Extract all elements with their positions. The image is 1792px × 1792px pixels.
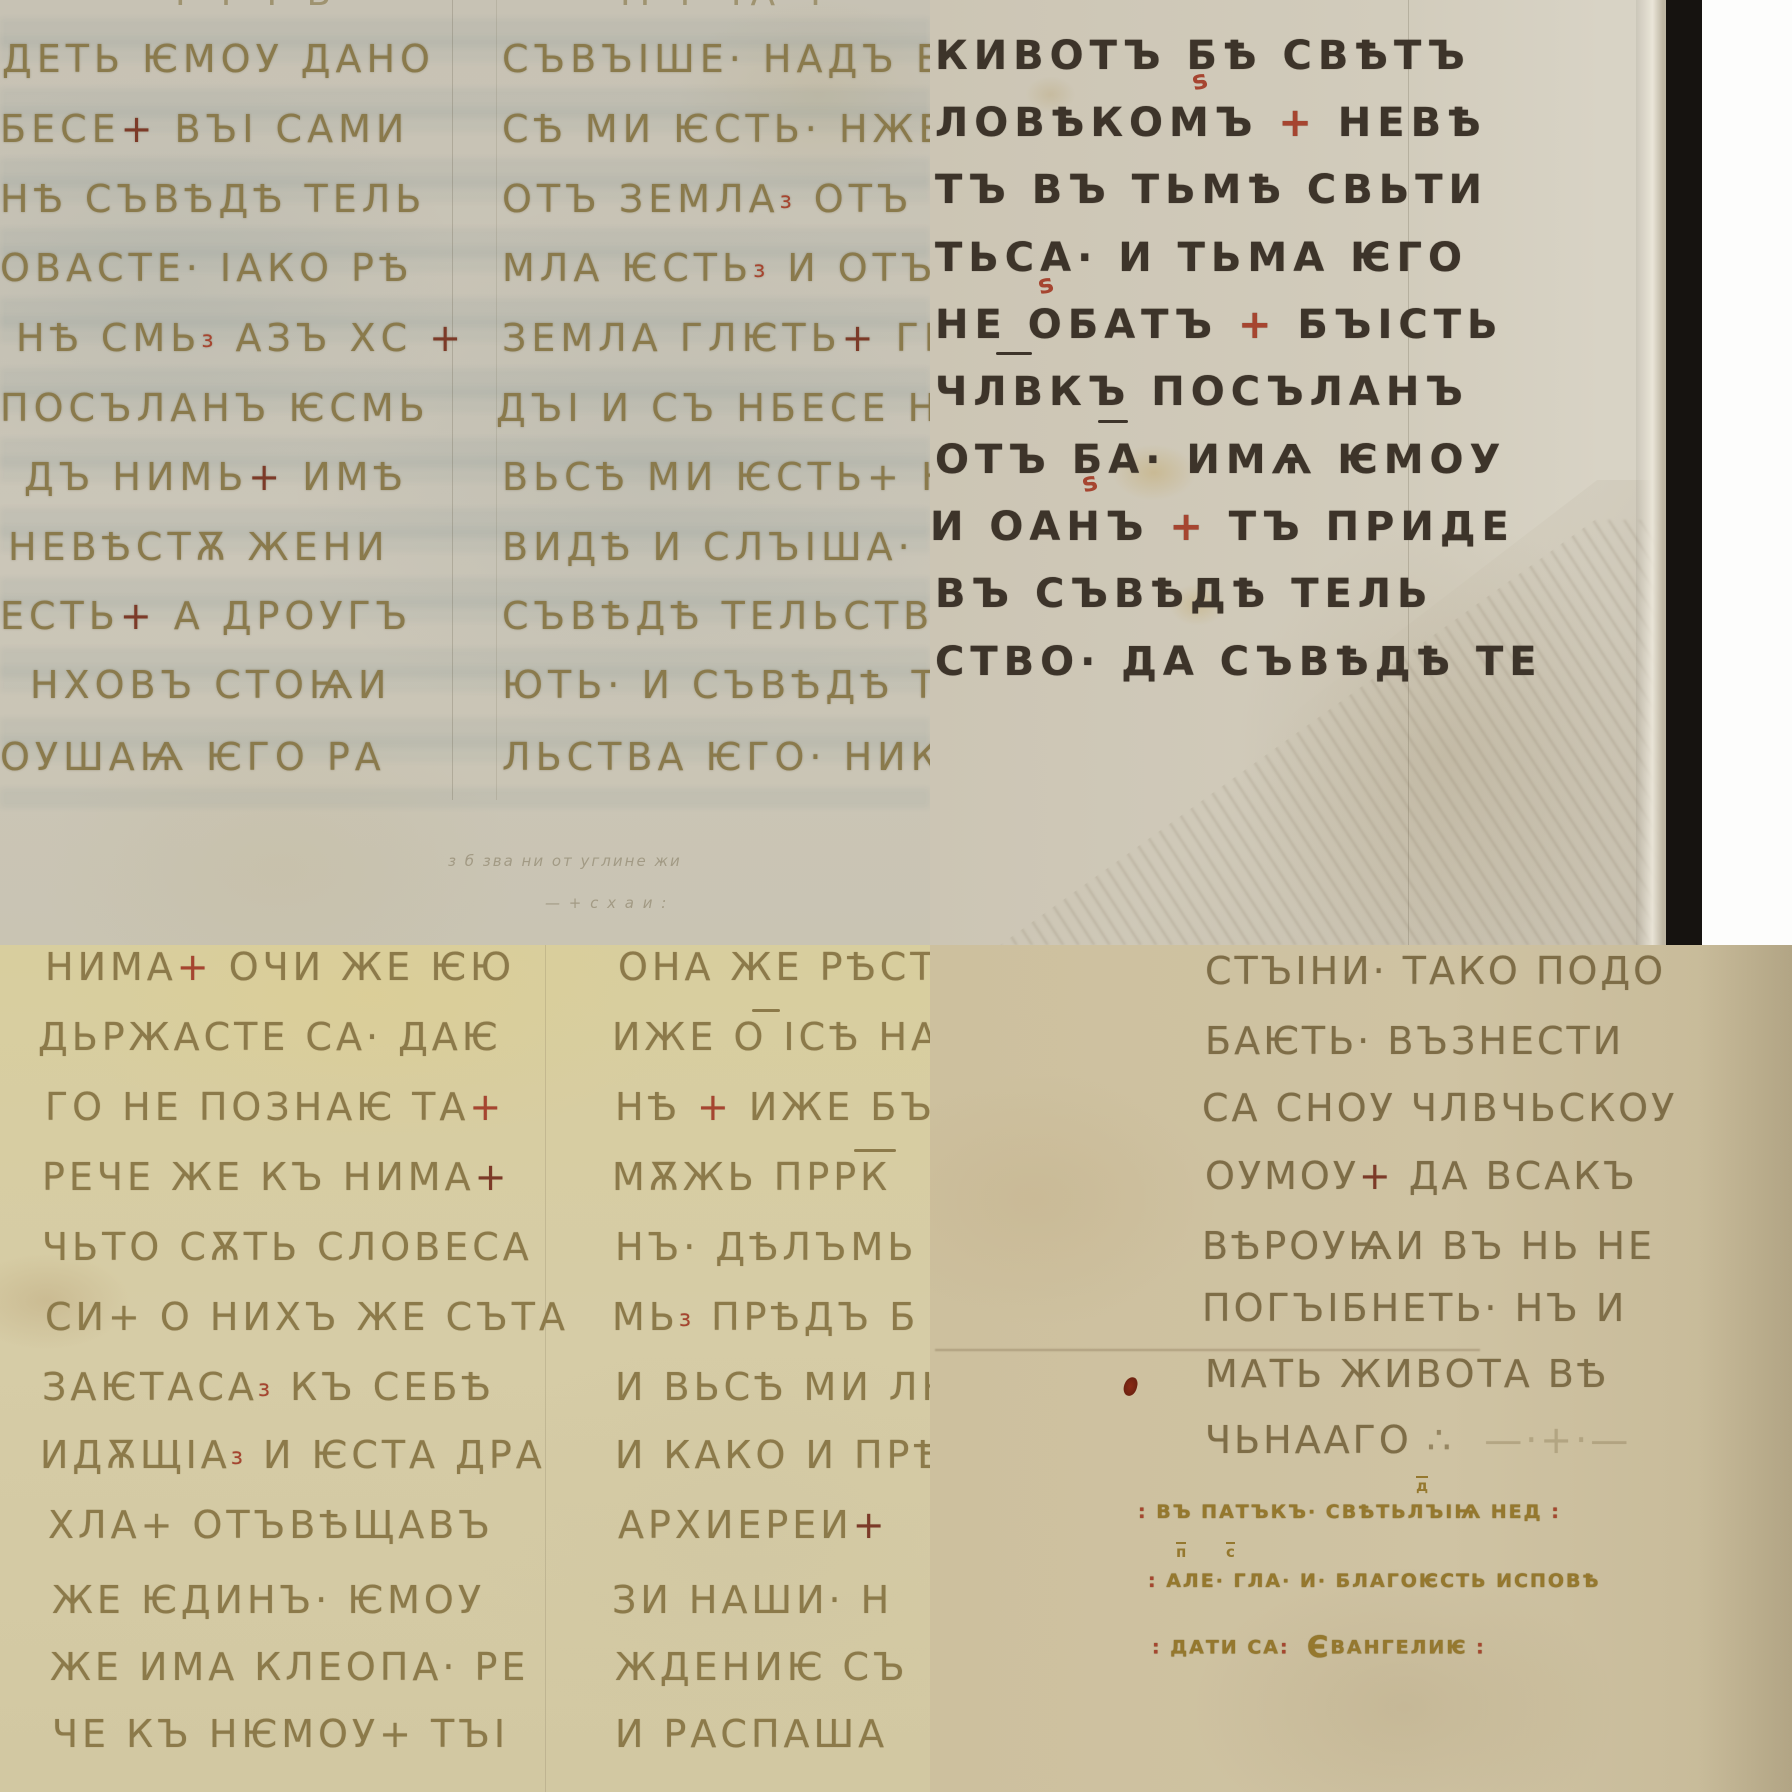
text-segment: ЧЬНААГО <box>1205 1418 1427 1462</box>
manuscript-text-line: : ВЪ ПАТЪКЪ· СВѢТЬЛЪІѨ НЕД : <box>1138 1503 1561 1522</box>
text-segment: ГР <box>879 316 931 360</box>
text-segment: РЕЧЕ ЖЕ КЪ НИМА <box>42 1155 475 1199</box>
text-segment: + <box>1278 100 1318 146</box>
text-segment: СЪВЪІШЕ· НАДЪ В <box>502 37 930 81</box>
text-segment: ∴ <box>1427 1418 1454 1462</box>
manuscript-text-line: ОУМОУ+ ДА ВСАКЪ <box>1205 1157 1638 1195</box>
text-segment: АЗЪ ХС <box>218 316 429 360</box>
manuscript-text-line: ОУШАѨ ѤГО РА <box>0 738 386 776</box>
text-segment: ВИДѢ И СЛЪІША· СЕ <box>502 525 930 569</box>
manuscript-text-line: ТЬСА· И ТЬМА ѤГО <box>935 238 1468 278</box>
manuscript-text-line: И РАСПАША <box>615 1715 888 1753</box>
text-segment: ВѢРОУѨИ ВЪ НЬ НЕ <box>1202 1224 1655 1268</box>
text-segment: : <box>1152 1636 1162 1658</box>
manuscript-text-line: НѢ СМЬз АЗЪ ХС + <box>16 319 466 357</box>
text-segment: з <box>231 1444 247 1470</box>
text-segment: + <box>177 945 213 989</box>
text-segment: ЧЕ КЪ НѤМОУ+ ТЪІ <box>52 1712 509 1756</box>
text-segment: ВЪ СЪВѢДѢ ТЕЛЬ <box>935 571 1434 617</box>
text-segment: ОТЪ ЗЕМЛА <box>502 177 780 221</box>
text-segment: з <box>679 1306 695 1332</box>
cropped-line-fragment: ІІ Р ІА Т <box>620 0 836 15</box>
manuscript-text-line: ЗЕМЛА ГЛѤТЬ+ ГР <box>502 319 930 357</box>
text-segment: : <box>1476 1636 1486 1658</box>
text-segment: НХОВЪ СТОѨИ <box>30 663 391 707</box>
text-segment: ЖЕ ИМА КЛЕОПА· РЕ <box>50 1645 529 1689</box>
superscript-letter: с <box>1226 1542 1235 1560</box>
manuscript-text-line: ДЪ НИМЬ+ ИМѢ <box>24 458 408 496</box>
text-segment: НЪ· ДѢЛЪМЬ <box>615 1225 917 1269</box>
text-segment <box>1290 1636 1307 1658</box>
text-segment: ОНА ЖЕ РѢСТ <box>618 945 930 989</box>
text-segment: : <box>1148 1570 1158 1592</box>
text-segment: ПОГЪІБНЕТЬ· НЪ И <box>1202 1286 1627 1330</box>
faint-cursive-gloss: — + с х а и : <box>545 894 668 912</box>
text-segment: + <box>1238 302 1278 348</box>
text-segment: НѢ <box>615 1085 697 1129</box>
text-segment: НЕВѢСТѪ ЖЕНИ <box>8 525 390 569</box>
text-segment: ГО НЕ ПОЗНАѤ ТА <box>45 1085 469 1129</box>
text-segment: + <box>121 107 158 151</box>
manuscript-text-line: ПОСЪЛАНЪ ѤСМЬ <box>0 389 430 427</box>
text-segment: СИ+ О НИХЪ ЖЕ СЪТА <box>45 1295 569 1339</box>
book-gutter-black-band <box>1666 0 1702 945</box>
text-segment: ЗИ НАШИ· Н <box>612 1578 893 1622</box>
text-segment: + <box>248 455 285 499</box>
text-segment: + <box>1359 1154 1394 1198</box>
text-segment: СѢ МИ ѤСТЬ· НЖЕ <box>502 107 930 151</box>
manuscript-text-line: МЛА ѤСТЬз И ОТЪ <box>502 249 930 287</box>
text-segment: ЗАѤТАСА <box>42 1365 258 1409</box>
manuscript-text-line: ОВАСТЕ· ІАКО РѢ <box>0 249 413 287</box>
text-segment: И ОАНЪ <box>930 504 1169 550</box>
text-segment: + <box>697 1085 733 1129</box>
text-segment: НИМА <box>45 945 177 989</box>
manuscript-text-line: СЪВѢДѢ ТЕЛЬСТВ <box>502 597 930 635</box>
manuscript-text-line: ОТЪ ЗЕМЛАз ОТЪ <box>502 180 914 218</box>
manuscript-text-line: БЕСЕ+ ВЪІ САМИ <box>0 110 409 148</box>
text-segment: ЧЛВКЪ ПОСЪЛАНЪ <box>935 369 1469 415</box>
manuscript-text-line: ЮТЬ· И СЪВѢДѢ ТЕ <box>502 666 930 704</box>
manuscript-text-line: И КАКО И ПРѢ <box>615 1436 930 1474</box>
text-segment: СЪВѢДѢ ТЕЛЬСТВ <box>502 594 930 638</box>
manuscript-text-line: ВИДѢ И СЛЪІША· СЕ <box>502 528 930 566</box>
manuscript-text-line: ЛОВѢКОМЪ + НЕВѢ <box>935 103 1487 143</box>
text-segment: АРХИЕРЕИ <box>618 1503 853 1547</box>
text-segment: + <box>429 316 466 360</box>
text-segment: И ВЬСѢ МИ ЛЮ <box>615 1365 930 1409</box>
manuscript-text-line: МЬз ПРѢДЪ Б <box>612 1298 919 1336</box>
manuscript-text-line: ТЪ ВЪ ТЬМѢ СВЬТИ <box>935 170 1488 210</box>
text-segment: ТЪ ВЪ ТЬМѢ СВЬТИ <box>935 167 1488 213</box>
text-segment: —·+·— <box>1454 1418 1631 1462</box>
text-segment: МЛА ѤСТЬ <box>502 246 753 290</box>
text-segment: + <box>469 1085 505 1129</box>
text-segment: ПОСЪЛАНЪ ѤСМЬ <box>0 386 430 430</box>
manuscript-text-line: ОНА ЖЕ РѢСТ <box>618 948 930 986</box>
manuscript-text-line: ПОГЪІБНЕТЬ· НЪ И <box>1202 1289 1627 1327</box>
text-segment: + <box>842 316 879 360</box>
text-segment: ХЛА+ ОТЪВѢЩАВЪ <box>48 1503 494 1547</box>
photo-top-left-manuscript-page: І Т І ЬІІ Р ІА ТДЕТЬ ѤМОУ ДАНОБЕСЕ+ ВЪІ … <box>0 0 930 945</box>
manuscript-collage: І Т І ЬІІ Р ІА ТДЕТЬ ѤМОУ ДАНОБЕСЕ+ ВЪІ … <box>0 0 1792 1792</box>
text-segment: : <box>1551 1501 1561 1523</box>
text-segment: ДА ВСАКЪ <box>1394 1154 1638 1198</box>
manuscript-text-line: НХОВЪ СТОѨИ <box>30 666 391 704</box>
manuscript-text-line: НЕ ОБАТЪ + БЪІСТЬ <box>935 305 1504 345</box>
text-segment: + <box>120 594 157 638</box>
manuscript-text-line: ВЬСѢ МИ ѤСТЬ+ ѤЖ <box>502 458 930 496</box>
text-segment: СТЪІНИ· ТАКО ПОДО <box>1205 949 1666 993</box>
manuscript-text-line: ЛЬСТВА ѤГО· НИК <box>502 738 930 776</box>
scanner-background-strip <box>1702 0 1792 945</box>
text-segment: НѢ СМЬ <box>16 316 201 360</box>
manuscript-text-line: СѢ МИ ѤСТЬ· НЖЕ <box>502 110 930 148</box>
text-segment: ДАТИ СА <box>1162 1636 1280 1658</box>
text-segment: ВЪІ САМИ <box>157 107 409 151</box>
manuscript-text-line: ЖЕ ИМА КЛЕОПА· РЕ <box>50 1648 529 1686</box>
manuscript-text-line: РЕЧЕ ЖЕ КЪ НИМА+ <box>42 1158 510 1196</box>
text-segment: ТЪ ПРИДЕ <box>1209 504 1515 550</box>
text-segment: з <box>753 257 770 283</box>
text-segment: ЖЕ ѤДИНЪ· ѤМОУ <box>52 1578 485 1622</box>
text-segment: ВАНГЕЛИѤ <box>1330 1636 1476 1658</box>
text-segment: ЕСТЬ <box>0 594 120 638</box>
text-segment: ІІ Р ІА Т <box>620 0 836 14</box>
text-segment: МѪЖЬ ПРРК <box>612 1155 891 1199</box>
text-segment: И КАКО И ПРѢ <box>615 1433 930 1477</box>
text-segment: ДЪІ И СЪ НБЕСЕ НАД <box>496 386 930 430</box>
faint-cursive-gloss: з б зва ни от углине жи <box>448 852 682 870</box>
manuscript-text-line: МѪЖЬ ПРРК <box>612 1158 891 1196</box>
text-segment: СА СНОУ ЧЛВЧЬСКОУ <box>1202 1086 1677 1130</box>
text-segment: ЖДЕНИѤ СЪ <box>615 1645 909 1689</box>
text-segment: МЬ <box>612 1295 679 1339</box>
manuscript-text-line: ХЛА+ ОТЪВѢЩАВЪ <box>48 1506 494 1544</box>
column-ruling-line <box>545 945 546 1792</box>
manuscript-text-line: НѢ + ИЖЕ БЪ <box>615 1088 930 1126</box>
titlo-abbreviation-bar <box>1098 420 1128 423</box>
superscript-letter: д <box>1416 1476 1428 1494</box>
manuscript-text-line: ЧЛВКЪ ПОСЪЛАНЪ <box>935 372 1469 412</box>
text-segment: ДЬРЖАСТЕ СА· ДАѤ <box>38 1015 502 1059</box>
manuscript-text-line: ИЖЕ О ІСѢ НАЗ <box>612 1018 930 1056</box>
text-segment: ОТЪ БА· ИМѦ ѤМОУ <box>935 437 1506 483</box>
text-segment: з <box>201 327 218 353</box>
text-segment: з <box>780 188 797 214</box>
text-segment: ИМѢ <box>285 455 408 499</box>
manuscript-text-line: БАѤТЬ· ВЪЗНЕСТИ <box>1205 1022 1624 1060</box>
text-segment: СТВО· ДА СЪВѢДѢ ТЕ <box>935 639 1543 685</box>
manuscript-text-line: ЖЕ ѤДИНЪ· ѤМОУ <box>52 1581 485 1619</box>
text-segment: ЛОВѢКОМЪ <box>935 100 1278 146</box>
titlo-abbreviation-bar <box>854 1149 896 1152</box>
manuscript-text-line: : ДАТИ СА: ЄВАНГЕЛИѤ : <box>1152 1633 1486 1662</box>
manuscript-text-line: ОТЪ БА· ИМѦ ѤМОУ <box>935 440 1506 480</box>
parchment-page-edge <box>1636 0 1666 945</box>
superscript-letter: п <box>1176 1542 1186 1560</box>
manuscript-text-line: НЕВѢСТѪ ЖЕНИ <box>8 528 390 566</box>
manuscript-text-line: ЕСТЬ+ А ДРОУГЪ <box>0 597 412 635</box>
manuscript-text-line: ИДѪЩІАз И ѤСТА ДРА <box>40 1436 546 1474</box>
text-segment: БЪІСТЬ <box>1277 302 1503 348</box>
manuscript-text-line: ДЬРЖАСТЕ СА· ДАѤ <box>38 1018 502 1056</box>
text-segment: ЛЬСТВА ѤГО· НИК <box>502 735 930 779</box>
manuscript-text-line: НИМА+ ОЧИ ЖЕ ѤЮ <box>45 948 515 986</box>
photo-top-right-manuscript-page: КИВОТЪ БѢ СВѢТЪЛОВѢКОМЪ + НЕВѢТЪ ВЪ ТЬМѢ… <box>930 0 1792 945</box>
manuscript-text-line: ВѢРОУѨИ ВЪ НЬ НЕ <box>1202 1227 1655 1265</box>
text-segment: ОВАСТЕ· ІАКО РѢ <box>0 246 413 290</box>
manuscript-text-line: ЧЬНААГО ∴ —·+·— <box>1205 1421 1631 1459</box>
text-segment: + <box>1169 504 1209 550</box>
text-segment: Є <box>1307 1630 1331 1664</box>
cropped-line-fragment: І Т І Ь <box>175 0 340 15</box>
text-segment: ОЧИ ЖЕ ѤЮ <box>213 945 515 989</box>
manuscript-text-line: НЪ· ДѢЛЪМЬ <box>615 1228 917 1266</box>
manuscript-text-line: ВЪ СЪВѢДѢ ТЕЛЬ <box>935 574 1434 614</box>
text-segment: МАТЬ ЖИВОТА ВѢ <box>1205 1352 1609 1396</box>
text-segment: ИЖЕ О ІСѢ НАЗ <box>612 1015 930 1059</box>
manuscript-text-line: АРХИЕРЕИ+ <box>618 1506 889 1544</box>
text-segment: ЮТЬ· И СЪВѢДѢ ТЕ <box>502 663 930 707</box>
text-segment: И ОТЪ <box>770 246 930 290</box>
manuscript-text-line: МАТЬ ЖИВОТА ВѢ <box>1205 1355 1609 1393</box>
text-segment: ЗЕМЛА ГЛѤТЬ <box>502 316 842 360</box>
text-segment: ВЪ ПАТЪКЪ· СВѢТЬЛЪІѨ НЕД <box>1148 1501 1552 1523</box>
page-edge-shadow <box>1697 945 1792 1792</box>
text-segment: И РАСПАША <box>615 1712 888 1756</box>
text-segment: НЕ ОБАТЪ <box>935 302 1238 348</box>
text-segment: ЧЬТО СѪТЬ СЛОВЕСА <box>42 1225 533 1269</box>
text-segment: : <box>1280 1636 1290 1658</box>
manuscript-text-line: СТЪІНИ· ТАКО ПОДО <box>1205 952 1666 990</box>
text-segment: А ДРОУГЪ <box>157 594 413 638</box>
manuscript-text-line: СТВО· ДА СЪВѢДѢ ТЕ <box>935 642 1543 682</box>
photo-bottom-left-manuscript-page: НИМА+ ОЧИ ЖЕ ѤЮДЬРЖАСТЕ СА· ДАѤГО НЕ ПОЗ… <box>0 945 930 1792</box>
text-segment: ОУМОУ <box>1205 1154 1359 1198</box>
red-ink-blotch <box>1122 1376 1139 1397</box>
text-segment: ДЪ НИМЬ <box>24 455 248 499</box>
manuscript-text-line: ЗИ НАШИ· Н <box>612 1581 893 1619</box>
manuscript-text-line: ДЪІ И СЪ НБЕСЕ НАД <box>496 389 930 427</box>
text-segment: ВЬСѢ МИ ѤСТЬ+ ѤЖ <box>502 455 930 499</box>
parchment-crease <box>935 1349 1480 1351</box>
text-segment: + <box>475 1155 511 1199</box>
text-segment: ОУШАѨ ѤГО РА <box>0 735 386 779</box>
manuscript-text-line: СА СНОУ ЧЛВЧЬСКОУ <box>1202 1089 1677 1127</box>
manuscript-text-line: И ВЬСѢ МИ ЛЮ <box>615 1368 930 1406</box>
text-segment: НЕВѢ <box>1318 100 1487 146</box>
text-segment: ИДѪЩІА <box>40 1433 231 1477</box>
manuscript-text-line: НѢ СЪВѢДѢ ТЕЛЬ <box>0 180 426 218</box>
manuscript-text-line: : АЛЕ· ГЛА· И· БЛАГОѤСТЬ ИСПОВѢ <box>1148 1572 1601 1591</box>
manuscript-text-line: ГО НЕ ПОЗНАѤ ТА+ <box>45 1088 505 1126</box>
text-segment: БАѤТЬ· ВЪЗНЕСТИ <box>1205 1019 1624 1063</box>
text-segment: АЛЕ· ГЛА· И· БЛАГОѤСТЬ ИСПОВѢ <box>1158 1570 1601 1592</box>
manuscript-text-line: ДЕТЬ ѤМОУ ДАНО <box>2 40 435 78</box>
text-segment: : <box>1138 1501 1148 1523</box>
manuscript-text-line: И ОАНЪ + ТЪ ПРИДЕ <box>930 507 1515 547</box>
text-segment: ДЕТЬ ѤМОУ ДАНО <box>2 37 435 81</box>
manuscript-text-line: СИ+ О НИХЪ ЖЕ СЪТА <box>45 1298 569 1336</box>
text-segment: з <box>258 1376 274 1402</box>
manuscript-text-line: СЪВЪІШЕ· НАДЪ В <box>502 40 930 78</box>
column-ruling-line <box>452 0 453 800</box>
text-segment: ТЬСА· И ТЬМА ѤГО <box>935 235 1468 281</box>
text-segment: ИЖЕ БЪ <box>733 1085 930 1129</box>
manuscript-text-line: ЧЬТО СѪТЬ СЛОВЕСА <box>42 1228 533 1266</box>
manuscript-text-line: ЗАѤТАСАз КЪ СЕБѢ <box>42 1368 495 1406</box>
manuscript-text-line: ЖДЕНИѤ СЪ <box>615 1648 909 1686</box>
titlo-abbreviation-bar <box>752 1009 780 1012</box>
text-segment: + <box>853 1503 889 1547</box>
text-segment: И ѤСТА ДРА <box>247 1433 546 1477</box>
text-segment: БЕСЕ <box>0 107 121 151</box>
text-segment: ОТЪ <box>797 177 914 221</box>
titlo-abbreviation-bar <box>996 352 1032 355</box>
manuscript-text-line: ЧЕ КЪ НѤМОУ+ ТЪІ <box>52 1715 509 1753</box>
text-segment: НѢ СЪВѢДѢ ТЕЛЬ <box>0 177 426 221</box>
text-segment: ПРѢДЪ Б <box>695 1295 919 1339</box>
text-segment: І Т І Ь <box>175 0 340 14</box>
photo-bottom-right-manuscript-page: СТЪІНИ· ТАКО ПОДОБАѤТЬ· ВЪЗНЕСТИСА СНОУ … <box>930 945 1792 1792</box>
text-segment: КЪ СЕБѢ <box>274 1365 495 1409</box>
